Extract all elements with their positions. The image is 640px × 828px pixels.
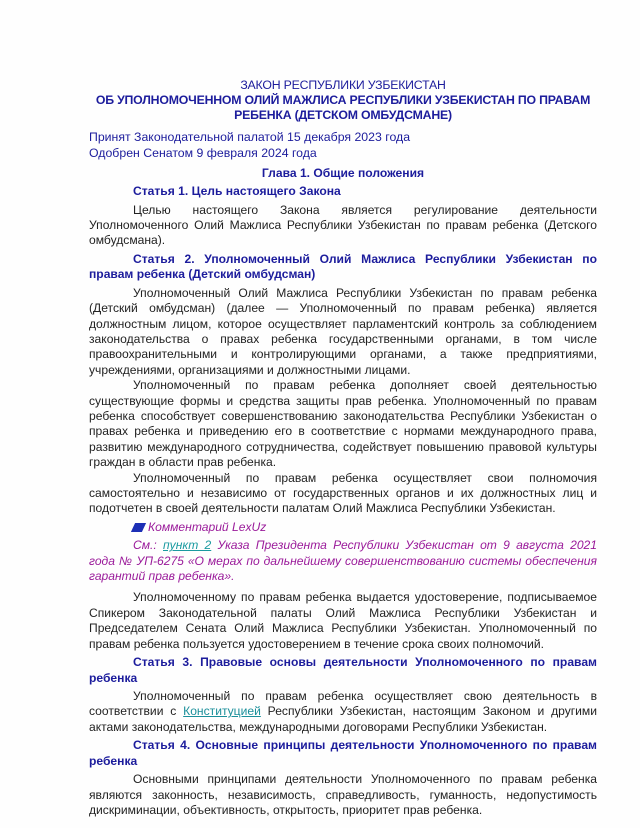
article-2-paragraph-2: Уполномоченный по правам ребенка дополня…	[89, 378, 597, 470]
book-icon	[131, 523, 146, 532]
article-2-paragraph-3: Уполномоченный по правам ребенка осущест…	[89, 471, 597, 517]
law-title: ОБ УПОЛНОМОЧЕННОМ ОЛИЙ МАЖЛИСА РЕСПУБЛИК…	[89, 93, 597, 123]
law-document: ЗАКОН РЕСПУБЛИКИ УЗБЕКИСТАН ОБ УПОЛНОМОЧ…	[89, 78, 597, 819]
article-3-title[interactable]: Статья 3. Правовые основы деятельности У…	[89, 655, 597, 686]
constitution-link[interactable]: Конституцией	[183, 704, 261, 718]
approved-date: Одобрен Сенатом 9 февраля 2024 года	[89, 146, 597, 162]
decree-point-link[interactable]: пункт 2	[163, 538, 211, 552]
article-2-paragraph-1: Уполномоченный Олий Мажлиса Республики У…	[89, 286, 597, 378]
article-2-title[interactable]: Статья 2. Уполномоченный Олий Мажлиса Ре…	[89, 252, 597, 283]
article-4-paragraph: Основными принципами деятельности Уполно…	[89, 772, 597, 818]
adoption-info: Принят Законодательной палатой 15 декабр…	[89, 130, 597, 161]
chapter-1-title: Глава 1. Общие положения	[89, 165, 597, 181]
comment-label[interactable]: Комментарий LexUz	[148, 520, 266, 534]
article-1-paragraph: Целью настоящего Закона является регулир…	[89, 203, 597, 249]
law-type: ЗАКОН РЕСПУБЛИКИ УЗБЕКИСТАН	[89, 78, 597, 93]
article-2-paragraph-4: Уполномоченному по правам ребенка выдает…	[89, 590, 597, 652]
ref-prefix: См.:	[133, 538, 163, 552]
article-1-title[interactable]: Статья 1. Цель настоящего Закона	[89, 184, 597, 200]
article-4-title[interactable]: Статья 4. Основные принципы деятельности…	[89, 738, 597, 769]
adopted-date: Принят Законодательной палатой 15 декабр…	[89, 130, 597, 146]
lexuz-comment-link[interactable]: Комментарий LexUz	[89, 520, 597, 535]
article-3-paragraph: Уполномоченный по правам ребенка осущест…	[89, 689, 597, 735]
decree-reference: См.: пункт 2 Указа Президента Республики…	[89, 538, 597, 584]
